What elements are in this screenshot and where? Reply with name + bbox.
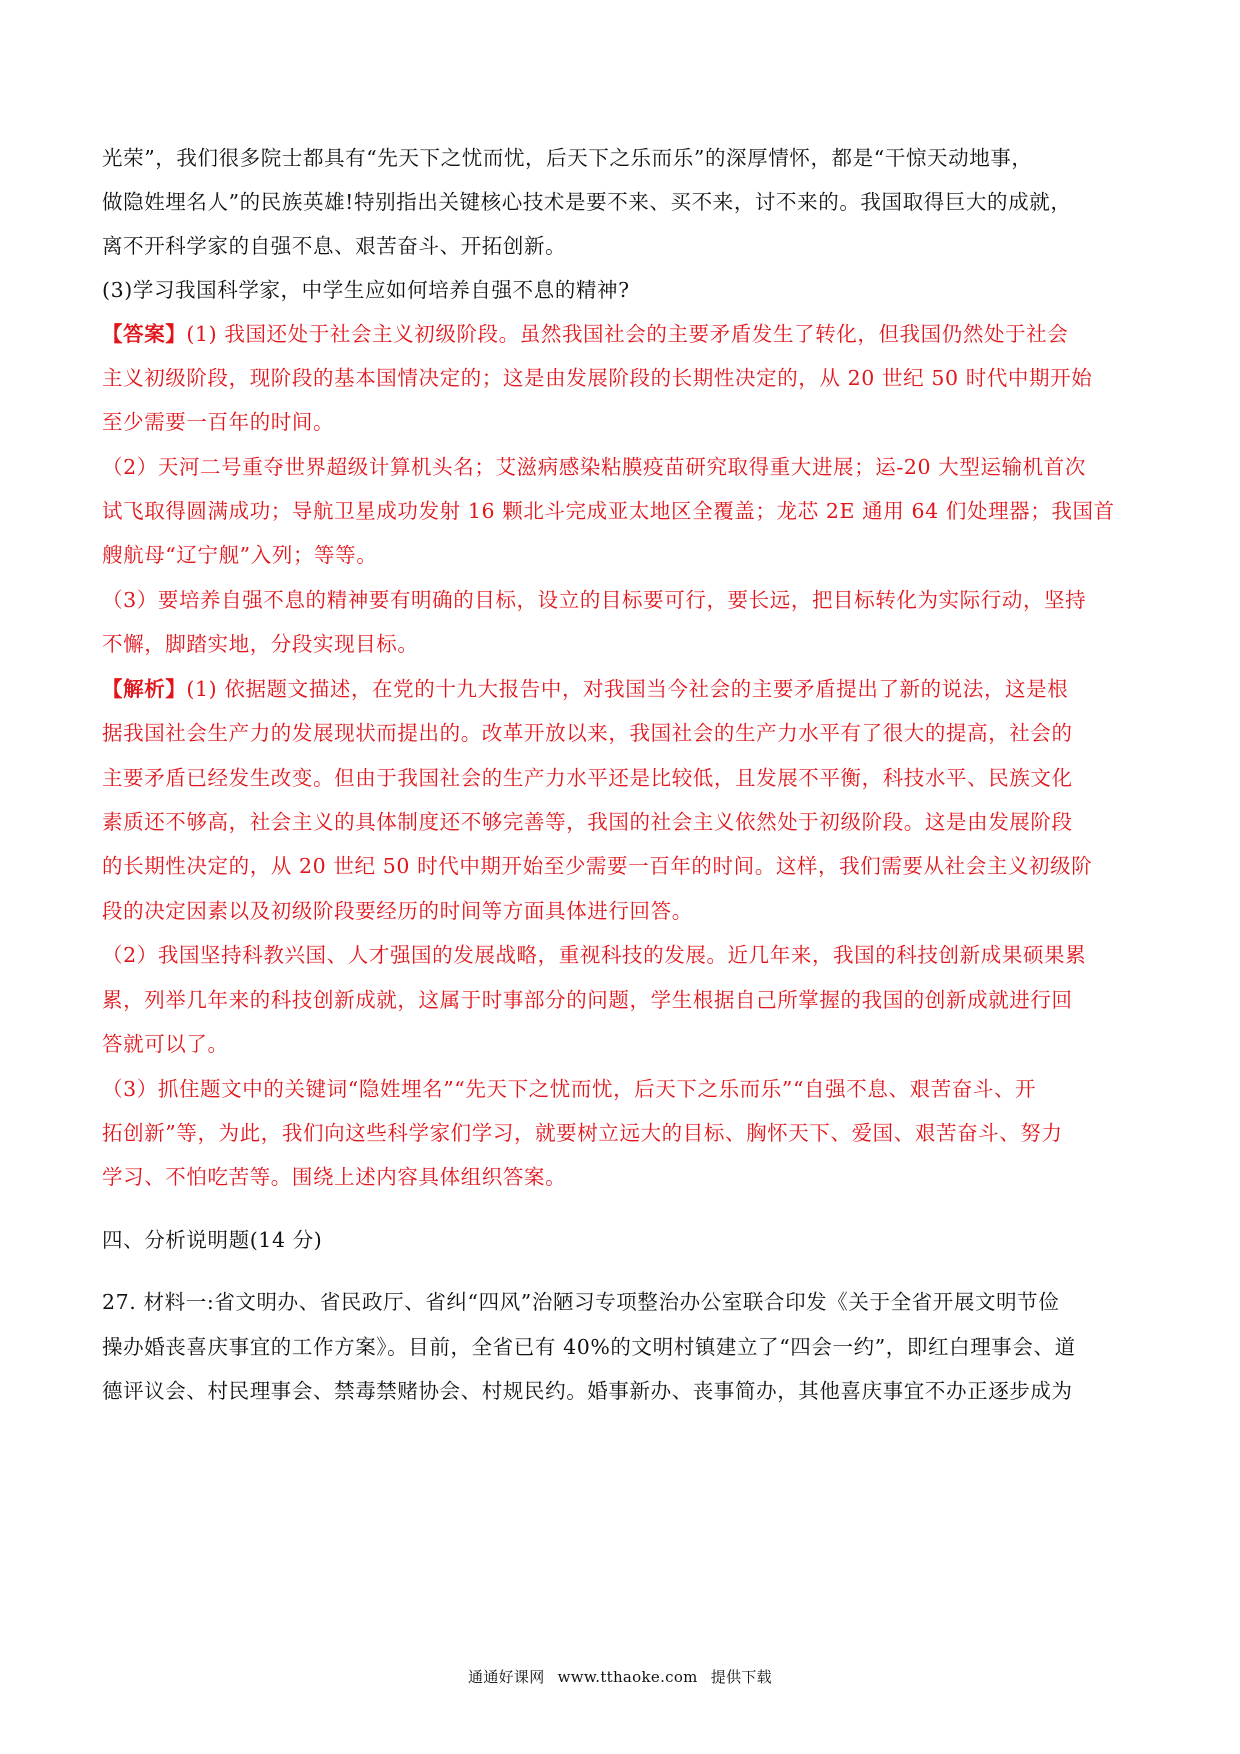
question-27-line-2: 操办婚丧喜庆事宜的工作方案》。目前，全省已有 40%的文明村镇建立了“四会一约”… <box>102 1332 1012 1362</box>
question-27-line-1: 27. 材料一:省文明办、省民政厅、省纠“四风”治陋习专项整治办公室联合印发《关… <box>102 1287 1012 1317</box>
question-3: (3)学习我国科学家，中学生应如何培养自强不息的精神? <box>102 275 1012 305</box>
analysis-line-12: 学习、不怕吃苦等。围绕上述内容具体组织答案。 <box>102 1162 1012 1192</box>
answer-line-2: 主义初级阶段，现阶段的基本国情决定的；这是由发展阶段的长期性决定的，从 20 世… <box>102 363 1012 393</box>
footer-site-name: 通通好课网 <box>468 1668 545 1686</box>
question-27-line-3: 德评议会、村民理事会、禁毒禁赌协会、村规民约。婚事新办、丧事简办，其他喜庆事宜不… <box>102 1376 1012 1406</box>
analysis-line-9: 答就可以了。 <box>102 1029 1012 1059</box>
answer-line-3: 至少需要一百年的时间。 <box>102 407 1012 437</box>
analysis-line-3: 主要矛盾已经发生改变。但由于我国社会的生产力水平还是比较低，且发展不平衡，科技水… <box>102 763 1012 793</box>
footer-suffix: 提供下载 <box>711 1668 772 1686</box>
analysis-line-11: 拓创新”等，为此，我们向这些科学家们学习，就要树立远大的目标、胸怀天下、爱国、艰… <box>102 1118 1012 1148</box>
stem-line-3: 离不开科学家的自强不息、艰苦奋斗、开拓创新。 <box>102 231 1012 261</box>
footer-url[interactable]: www.tthaoke.com <box>558 1668 698 1686</box>
analysis-line-1: 【解析】(1) 依据题文描述，在党的十九大报告中，对我国当今社会的主要矛盾提出了… <box>102 674 1012 704</box>
answer-line-4: （2）天河二号重夺世界超级计算机头名；艾滋病感染粘膜疫苗研究取得重大进展；运-2… <box>102 452 1012 482</box>
analysis-line-6: 段的决定因素以及初级阶段要经历的时间等方面具体进行回答。 <box>102 896 1012 926</box>
page-footer: 通通好课网 www.tthaoke.com 提供下载 <box>0 1666 1240 1687</box>
answer-line-8: 不懈，脚踏实地，分段实现目标。 <box>102 629 1012 659</box>
answer-line-5: 试飞取得圆满成功；导航卫星成功发射 16 颗北斗完成亚太地区全覆盖；龙芯 2E … <box>102 496 1012 526</box>
analysis-line-8: 累，列举几年来的科技创新成就，这属于时事部分的问题，学生根据自己所掌握的我国的创… <box>102 985 1012 1015</box>
analysis-line-5: 的长期性决定的，从 20 世纪 50 时代中期开始至少需要一百年的时间。这样，我… <box>102 851 1012 881</box>
analysis-line-2: 据我国社会生产力的发展现状而提出的。改革开放以来，我国社会的生产力水平有了很大的… <box>102 718 1012 748</box>
analysis-line-4: 素质还不够高，社会主义的具体制度还不够完善等，我国的社会主义依然处于初级阶段。这… <box>102 807 1012 837</box>
answer-line-1: 【答案】(1) 我国还处于社会主义初级阶段。虽然我国社会的主要矛盾发生了转化，但… <box>102 319 1012 349</box>
analysis-line-7: （2）我国坚持科教兴国、人才强国的发展战略，重视科技的发展。近几年来，我国的科技… <box>102 940 1012 970</box>
answer-text: (1) 我国还处于社会主义初级阶段。虽然我国社会的主要矛盾发生了转化，但我国仍然… <box>186 322 1068 346</box>
answer-line-7: （3）要培养自强不息的精神要有明确的目标，设立的目标要可行，要长远，把目标转化为… <box>102 585 1012 615</box>
analysis-text: (1) 依据题文描述，在党的十九大报告中，对我国当今社会的主要矛盾提出了新的说法… <box>186 677 1068 701</box>
analysis-tag: 【解析】 <box>102 677 186 701</box>
section-heading: 四、分析说明题(14 分) <box>102 1225 1012 1255</box>
analysis-line-10: （3）抓住题文中的关键词“隐姓埋名”“先天下之忧而忧，后天下之乐而乐”“自强不息… <box>102 1074 1012 1104</box>
answer-line-6: 艘航母“辽宁舰”入列；等等。 <box>102 540 1012 570</box>
answer-tag: 【答案】 <box>102 322 186 346</box>
stem-line-2: 做隐姓埋名人”的民族英雄!特别指出关键核心技术是要不来、买不来，讨不来的。我国取… <box>102 187 1012 217</box>
document-page: 光荣”，我们很多院士都具有“先天下之忧而忧，后天下之乐而乐”的深厚情怀，都是“干… <box>0 0 1240 1754</box>
stem-line-1: 光荣”，我们很多院士都具有“先天下之忧而忧，后天下之乐而乐”的深厚情怀，都是“干… <box>102 143 1012 173</box>
